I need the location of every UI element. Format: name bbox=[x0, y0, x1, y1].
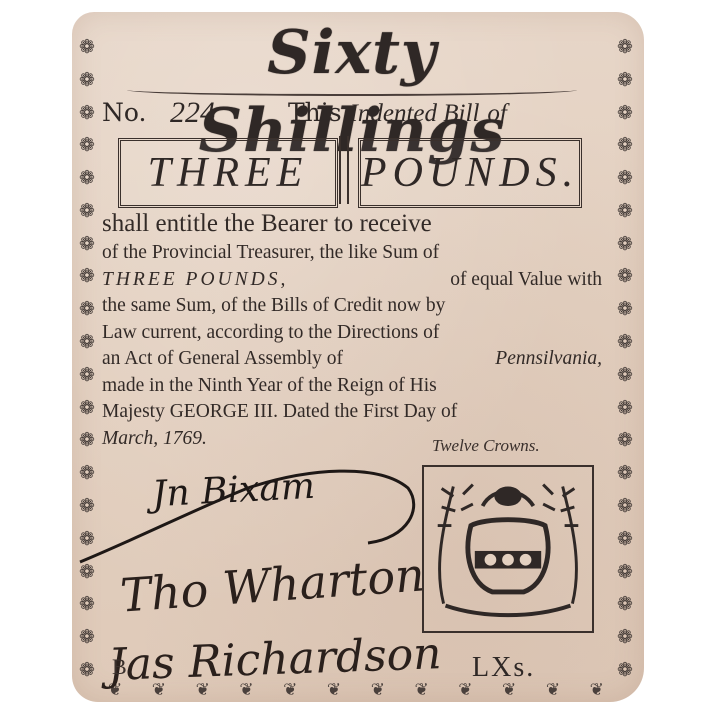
body-line-text: made in the Ninth Year of the Reign of H… bbox=[102, 373, 437, 400]
body-line: THREE POUNDS,of equal Value with bbox=[102, 267, 602, 294]
scroll-ornament-icon: ❁ bbox=[79, 366, 95, 385]
scroll-ornament-icon: ❁ bbox=[617, 104, 633, 123]
body-line-text: an Act of General Assembly of bbox=[102, 346, 343, 373]
bill-body-text: shall entitle the Bearer to receive of t… bbox=[102, 208, 602, 452]
scroll-ornament-icon: ❁ bbox=[79, 235, 95, 254]
body-line-text: of equal Value with bbox=[450, 267, 602, 294]
indenture-suffix: of bbox=[487, 100, 506, 127]
body-line-text: the same Sum, of the Bills of Credit now… bbox=[102, 293, 445, 320]
plate-letter: B bbox=[112, 654, 127, 680]
scroll-ornament-icon: ❁ bbox=[79, 628, 95, 647]
scroll-ornament-icon: ❦ bbox=[546, 680, 560, 700]
scroll-ornament-icon: ❦ bbox=[458, 680, 472, 700]
indenture-text: This Indented Bill of bbox=[288, 98, 507, 128]
value-note: Twelve Crowns. bbox=[432, 436, 540, 456]
scroll-ornament-icon: ❁ bbox=[617, 300, 633, 319]
scroll-ornament-icon: ❁ bbox=[79, 202, 95, 221]
scroll-ornament-icon: ❁ bbox=[79, 431, 95, 450]
amount-in-words: THREE POUNDS, bbox=[102, 267, 288, 294]
scroll-ornament-icon: ❁ bbox=[79, 464, 95, 483]
body-line: the same Sum, of the Bills of Credit now… bbox=[102, 293, 602, 320]
amount-box-three: THREE bbox=[118, 138, 338, 208]
scroll-ornament-icon: ❁ bbox=[79, 300, 95, 319]
scroll-ornament-icon: ❁ bbox=[617, 169, 633, 188]
scroll-ornament-icon: ❁ bbox=[617, 661, 633, 680]
signature-2: Tho Wharton bbox=[118, 547, 426, 622]
body-line-text: Majesty GEORGE III. Dated the First Day … bbox=[102, 399, 457, 426]
scroll-ornament-icon: ❁ bbox=[617, 563, 633, 582]
scroll-ornament-icon: ❁ bbox=[617, 399, 633, 418]
serial-number: 224 bbox=[170, 96, 215, 130]
amount-box-pounds: POUNDS. bbox=[358, 138, 582, 208]
title-flourish bbox=[127, 84, 577, 96]
serial-label: No. bbox=[102, 98, 146, 127]
scroll-ornament-icon: ❁ bbox=[617, 595, 633, 614]
scroll-ornament-icon: ❁ bbox=[79, 530, 95, 549]
scroll-ornament-icon: ❁ bbox=[617, 136, 633, 155]
scroll-ornament-icon: ❁ bbox=[79, 104, 95, 123]
coat-of-arms bbox=[422, 465, 594, 633]
scroll-ornament-icon: ❁ bbox=[617, 202, 633, 221]
body-line-text: of the Provincial Treasurer, the like Su… bbox=[102, 240, 439, 267]
scroll-ornament-icon: ❁ bbox=[617, 431, 633, 450]
scroll-ornament-icon: ❦ bbox=[371, 680, 385, 700]
right-ornamental-border: ❁ ❁ ❁ ❁ ❁ ❁ ❁ ❁ ❁ ❁ ❁ ❁ ❁ ❁ ❁ ❁ ❁ ❁ ❁ ❁ bbox=[614, 38, 636, 680]
body-line: Majesty GEORGE III. Dated the First Day … bbox=[102, 399, 602, 426]
scroll-ornament-icon: ❁ bbox=[79, 399, 95, 418]
scroll-ornament-icon: ❁ bbox=[617, 71, 633, 90]
amount-separator bbox=[339, 136, 349, 204]
body-line: an Act of General Assembly ofPennsilvani… bbox=[102, 346, 602, 373]
serial-line: No. 224 This Indented Bill of bbox=[102, 98, 602, 130]
scroll-ornament-icon: ❁ bbox=[79, 595, 95, 614]
body-line-text: Law current, according to the Directions… bbox=[102, 320, 439, 347]
coat-of-arms-icon bbox=[424, 467, 592, 631]
scroll-ornament-icon: ❁ bbox=[79, 497, 95, 516]
body-line: of the Provincial Treasurer, the like Su… bbox=[102, 240, 602, 267]
indenture-italic: Indented Bill bbox=[350, 100, 480, 127]
signature-1: Jn Bixam bbox=[151, 466, 316, 515]
scroll-ornament-icon: ❁ bbox=[617, 628, 633, 647]
issue-date: March, 1769. bbox=[102, 426, 207, 453]
scroll-ornament-icon: ❦ bbox=[590, 680, 604, 700]
bill-title: Sixty Shillings bbox=[112, 14, 592, 92]
denomination: LXs. bbox=[472, 652, 535, 684]
province-name: Pennsilvania, bbox=[495, 346, 602, 373]
scroll-ornament-icon: ❁ bbox=[79, 661, 95, 680]
scroll-ornament-icon: ❁ bbox=[617, 267, 633, 286]
scroll-ornament-icon: ❁ bbox=[79, 333, 95, 352]
scroll-ornament-icon: ❁ bbox=[617, 333, 633, 352]
scroll-ornament-icon: ❁ bbox=[617, 235, 633, 254]
scroll-ornament-icon: ❁ bbox=[617, 366, 633, 385]
colonial-bill: ❁ ❁ ❁ ❁ ❁ ❁ ❁ ❁ ❁ ❁ ❁ ❁ ❁ ❁ ❁ ❁ ❁ ❁ ❁ ❁ … bbox=[72, 12, 644, 702]
scroll-ornament-icon: ❁ bbox=[79, 71, 95, 90]
indenture-prefix: This bbox=[288, 98, 342, 127]
scroll-ornament-icon: ❁ bbox=[617, 38, 633, 57]
scroll-ornament-icon: ❁ bbox=[79, 267, 95, 286]
left-ornamental-border: ❁ ❁ ❁ ❁ ❁ ❁ ❁ ❁ ❁ ❁ ❁ ❁ ❁ ❁ ❁ ❁ ❁ ❁ ❁ ❁ bbox=[76, 38, 98, 680]
body-line: Law current, according to the Directions… bbox=[102, 320, 602, 347]
scroll-ornament-icon: ❁ bbox=[79, 563, 95, 582]
scroll-ornament-icon: ❁ bbox=[79, 169, 95, 188]
scroll-ornament-icon: ❁ bbox=[79, 136, 95, 155]
body-line-text: shall entitle the Bearer to receive bbox=[102, 208, 432, 240]
body-line: made in the Ninth Year of the Reign of H… bbox=[102, 373, 602, 400]
body-line: shall entitle the Bearer to receive bbox=[102, 208, 602, 240]
scroll-ornament-icon: ❁ bbox=[617, 464, 633, 483]
scroll-ornament-icon: ❦ bbox=[414, 680, 428, 700]
scroll-ornament-icon: ❁ bbox=[617, 497, 633, 516]
scroll-ornament-icon: ❁ bbox=[617, 530, 633, 549]
scroll-ornament-icon: ❁ bbox=[79, 38, 95, 57]
